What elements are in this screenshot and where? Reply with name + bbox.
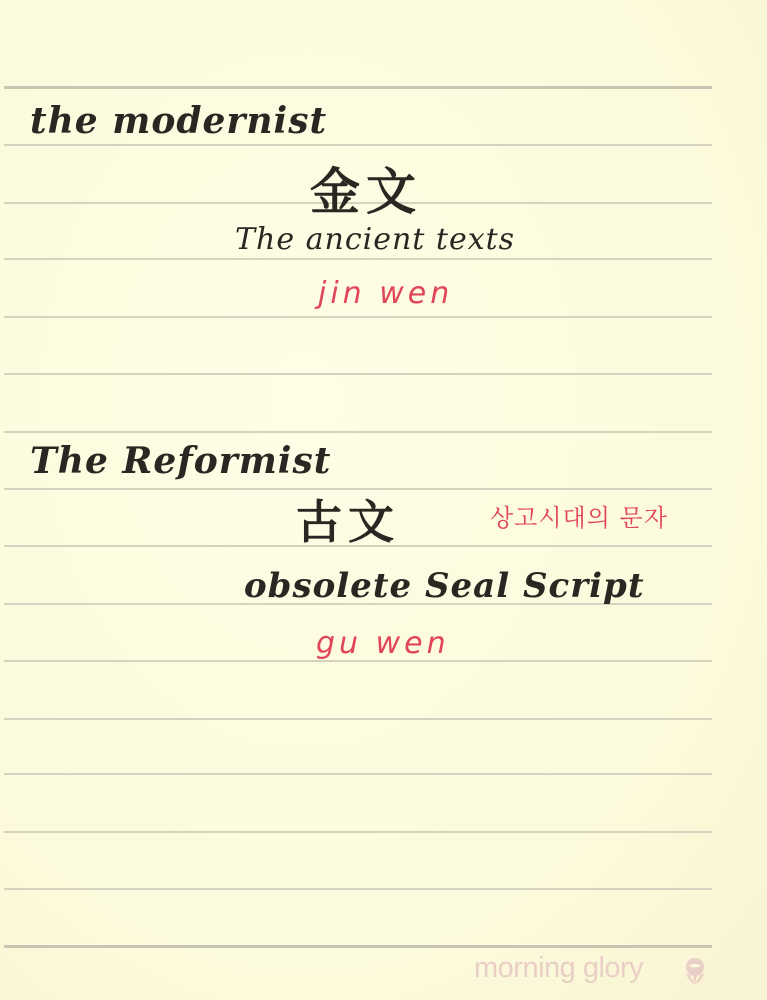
ruled-line bbox=[4, 945, 712, 948]
ruled-line bbox=[4, 373, 712, 375]
ruled-line bbox=[4, 888, 712, 890]
entry-korean-note: 상고시대의 문자 bbox=[490, 498, 668, 533]
entry-romanization: gu wen bbox=[316, 626, 450, 661]
notebook-page: the modernist 金文 The ancient texts jin w… bbox=[0, 0, 767, 1000]
ruled-line bbox=[4, 718, 712, 720]
entry-heading: The Reformist bbox=[30, 440, 331, 482]
entry-translation: obsolete Seal Script bbox=[244, 566, 645, 606]
ruled-line bbox=[4, 831, 712, 833]
entry-heading: the modernist bbox=[30, 100, 327, 142]
entry-translation: The ancient texts bbox=[235, 222, 515, 257]
ruled-line bbox=[4, 431, 712, 433]
ruled-line bbox=[4, 86, 712, 89]
ruled-line bbox=[4, 144, 712, 146]
ruled-line bbox=[4, 773, 712, 775]
entry-characters: 金文 bbox=[310, 152, 422, 224]
entry-romanization: jin wen bbox=[318, 276, 453, 311]
brand-logo-text: morning glory bbox=[474, 952, 643, 985]
morning-glory-flower-icon bbox=[680, 957, 710, 987]
ruled-line bbox=[4, 258, 712, 260]
entry-characters: 古文 bbox=[296, 486, 400, 552]
ruled-line bbox=[4, 316, 712, 318]
